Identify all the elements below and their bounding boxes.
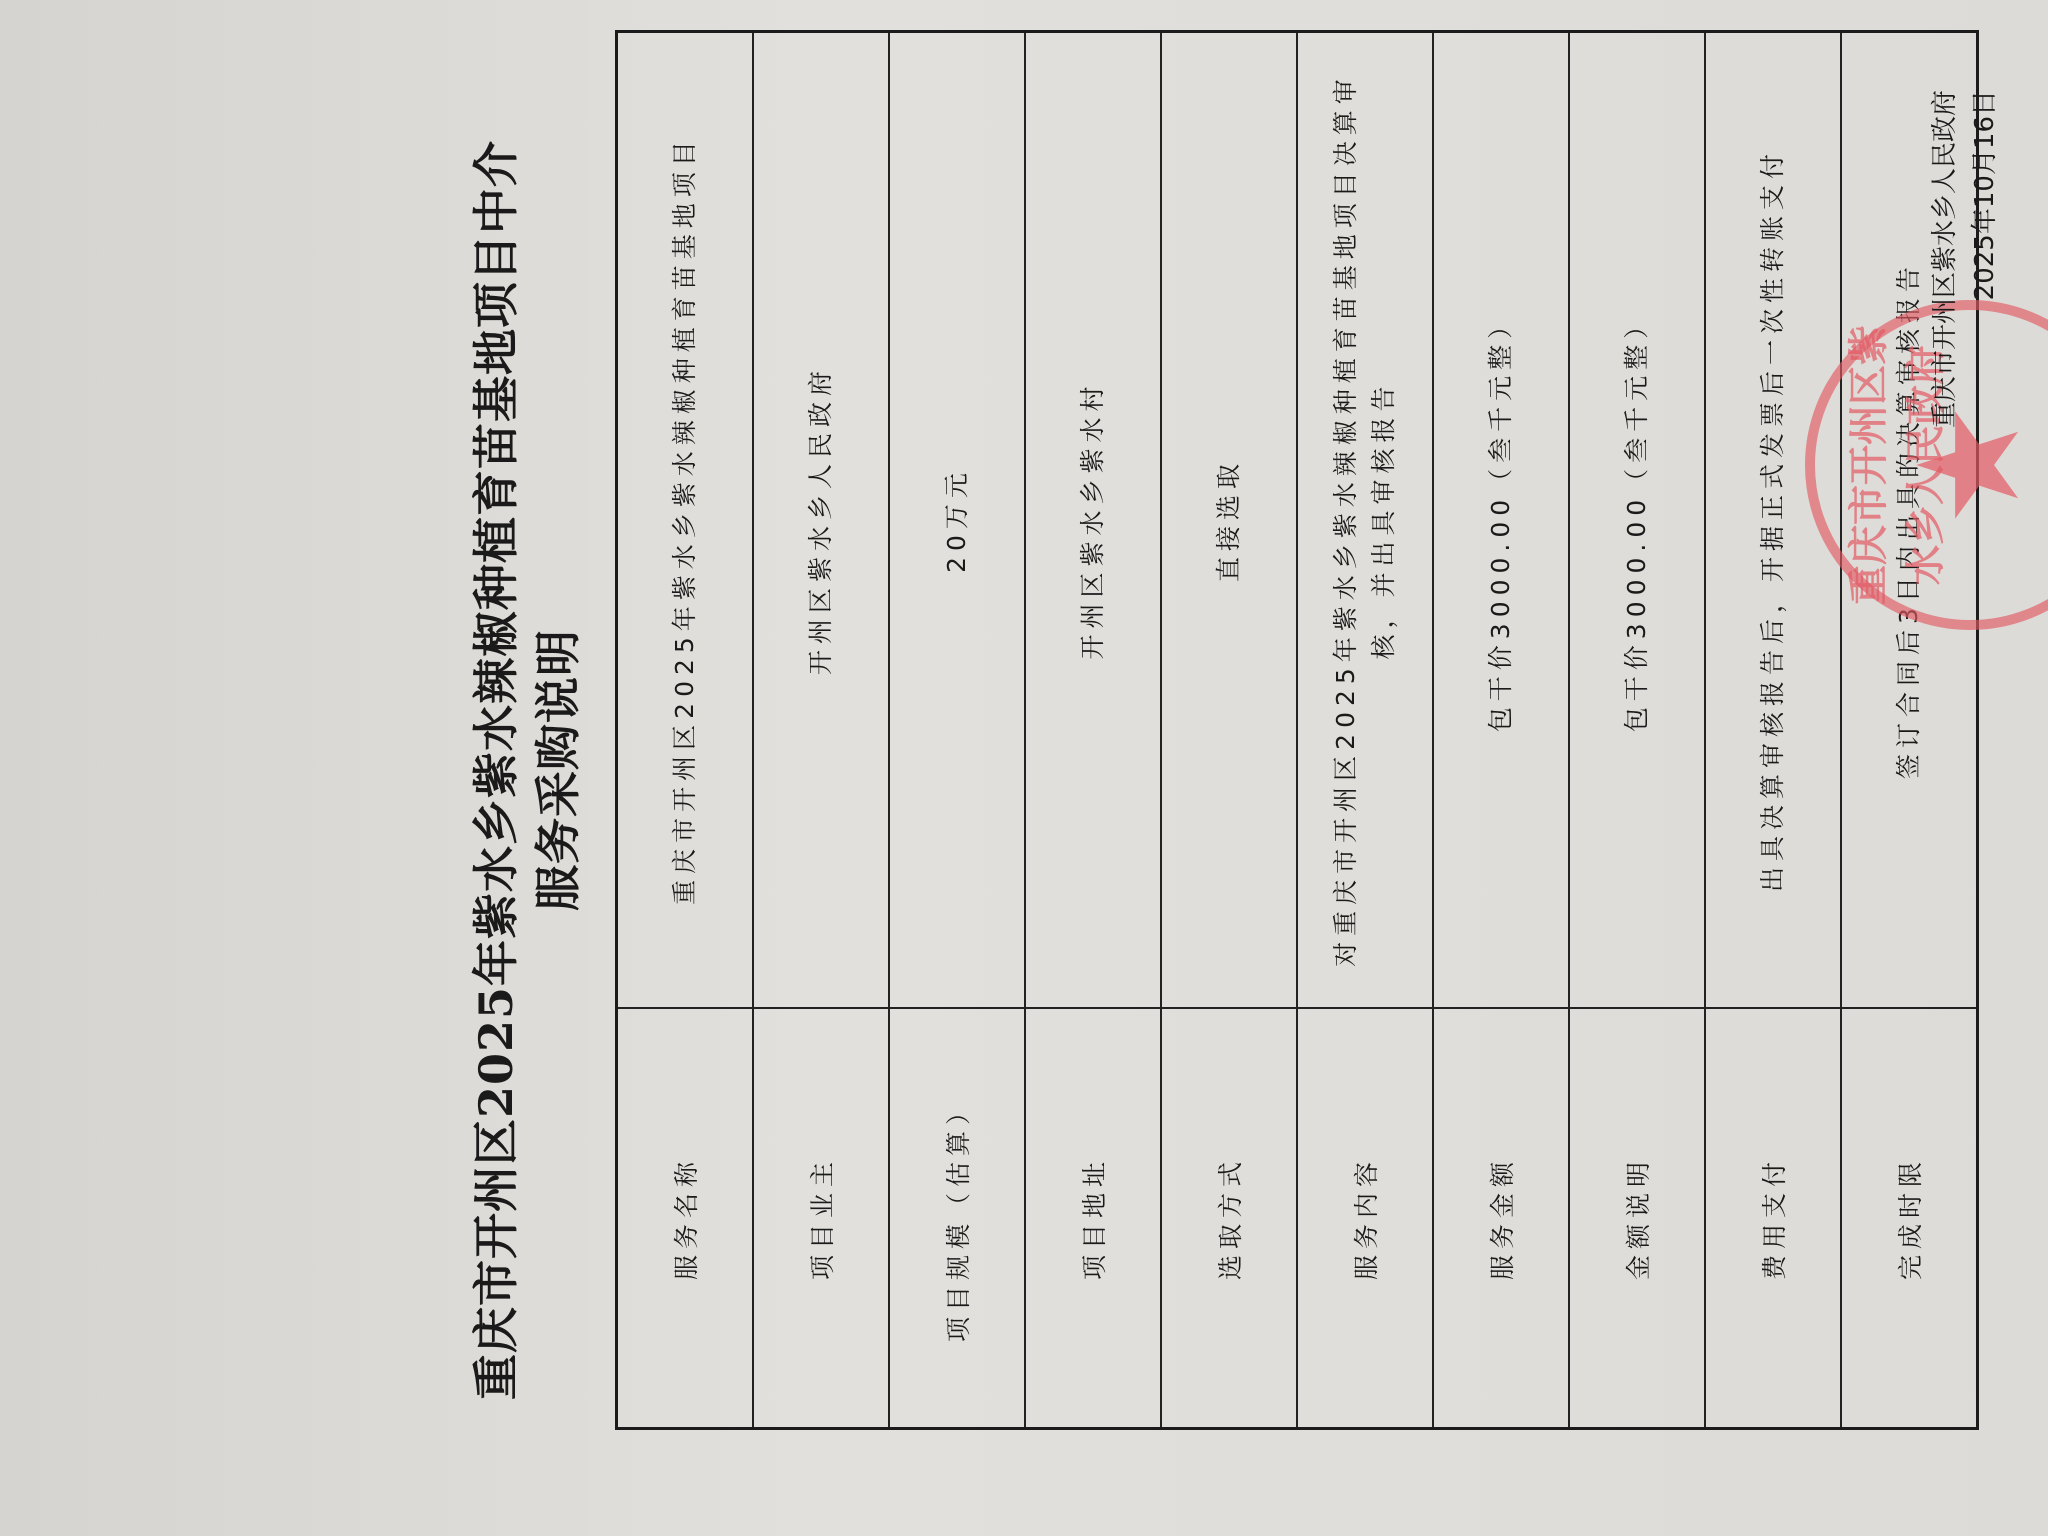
row-label: 完成时限 xyxy=(1841,1008,1978,1429)
procurement-table: 服务名称重庆市开州区2025年紫水乡紫水辣椒种植育苗基地项目项目业主开州区紫水乡… xyxy=(615,30,1979,1430)
document-title: 重庆市开州区2025年紫水乡紫水辣椒种植育苗基地项目中介 服务采购说明 xyxy=(465,70,589,1470)
row-value: 开州区紫水乡紫水村 xyxy=(1025,32,1161,1009)
row-value: 直接选取 xyxy=(1161,32,1297,1009)
table-row: 项目规模（估算）20万元 xyxy=(889,32,1025,1429)
title-line-1: 重庆市开州区2025年紫水乡紫水辣椒种植育苗基地项目中介 xyxy=(465,70,527,1470)
row-value: 对重庆市开州区2025年紫水乡紫水辣椒种植育苗基地项目决算审核，并出具审核报告 xyxy=(1297,32,1433,1009)
row-label: 金额说明 xyxy=(1569,1008,1705,1429)
title-line-2: 服务采购说明 xyxy=(527,70,589,1470)
table-row: 服务内容对重庆市开州区2025年紫水乡紫水辣椒种植育苗基地项目决算审核，并出具审… xyxy=(1297,32,1433,1429)
table-row: 服务金额包干价3000.00（叁千元整） xyxy=(1433,32,1569,1429)
row-label: 选取方式 xyxy=(1161,1008,1297,1429)
row-value: 包干价3000.00（叁千元整） xyxy=(1569,32,1705,1009)
row-label: 项目地址 xyxy=(1025,1008,1161,1429)
row-label: 服务名称 xyxy=(617,1008,754,1429)
table-row: 项目地址开州区紫水乡紫水村 xyxy=(1025,32,1161,1429)
row-label: 项目业主 xyxy=(753,1008,889,1429)
row-label: 项目规模（估算） xyxy=(889,1008,1025,1429)
row-label: 费用支付 xyxy=(1705,1008,1841,1429)
row-value: 包干价3000.00（叁千元整） xyxy=(1433,32,1569,1009)
signature-block: 重庆市开州区紫水乡人民政府 2025年10月16日 xyxy=(1925,90,2005,428)
sign-date: 2025年10月16日 xyxy=(1965,90,2005,428)
signatory: 重庆市开州区紫水乡人民政府 xyxy=(1925,90,1965,428)
row-value: 20万元 xyxy=(889,32,1025,1009)
row-value: 重庆市开州区2025年紫水乡紫水辣椒种植育苗基地项目 xyxy=(617,32,754,1009)
row-label: 服务金额 xyxy=(1433,1008,1569,1429)
procurement-document: 重庆市开州区2025年紫水乡紫水辣椒种植育苗基地项目中介 服务采购说明 服务名称… xyxy=(285,50,2045,1490)
row-value: 开州区紫水乡人民政府 xyxy=(753,32,889,1009)
table-row: 费用支付出具决算审核报告后，开据正式发票后一次性转账支付 xyxy=(1705,32,1841,1429)
table-row: 金额说明包干价3000.00（叁千元整） xyxy=(1569,32,1705,1429)
table-row: 服务名称重庆市开州区2025年紫水乡紫水辣椒种植育苗基地项目 xyxy=(617,32,754,1429)
table-row: 项目业主开州区紫水乡人民政府 xyxy=(753,32,889,1429)
table-row: 选取方式直接选取 xyxy=(1161,32,1297,1429)
row-label: 服务内容 xyxy=(1297,1008,1433,1429)
